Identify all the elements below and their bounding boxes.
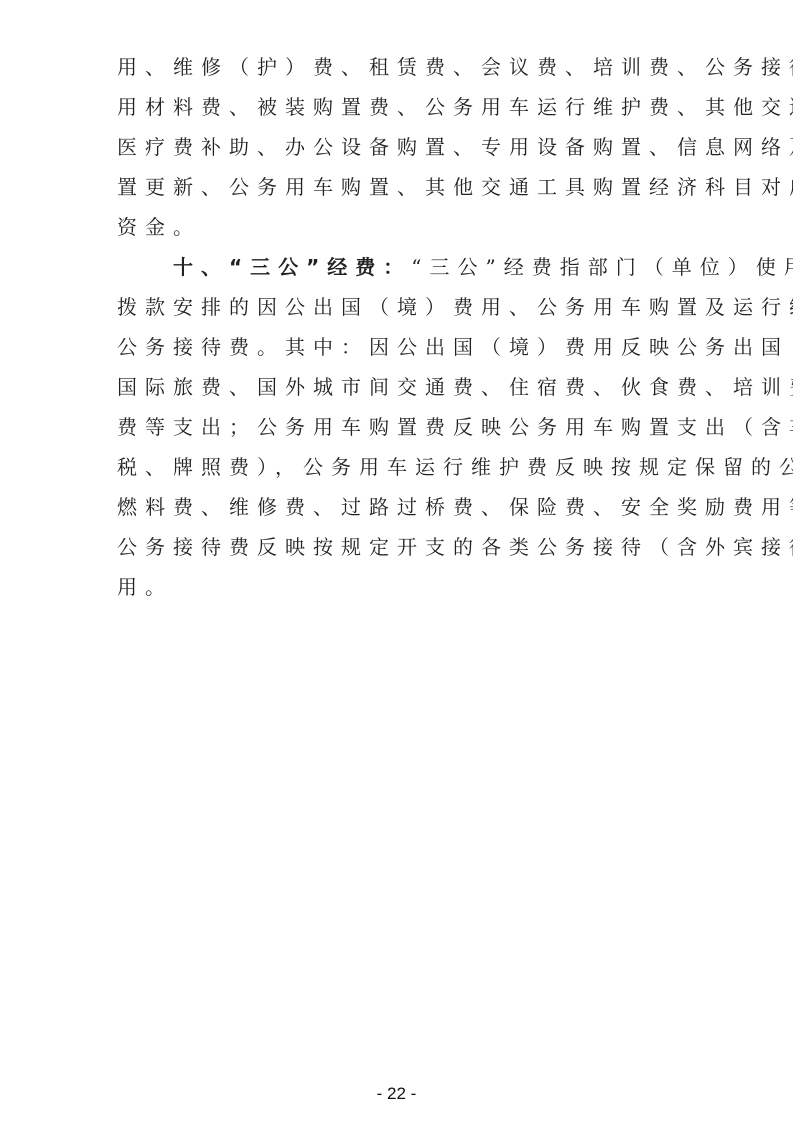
text-line: 燃料费、维修费、过路过桥费、保险费、安全奖励费用等支出； bbox=[117, 487, 679, 527]
text-line: 用材料费、被装购置费、公务用车运行维护费、其他交通费用、 bbox=[117, 87, 679, 127]
section-ten-paragraph: 十、“三公”经费：“三公”经费指部门（单位）使用财政 拨款安排的因公出国（境）费… bbox=[117, 247, 679, 607]
continuation-paragraph: 用、维修（护）费、租赁费、会议费、培训费、公务接待费、专 用材料费、被装购置费、… bbox=[117, 47, 679, 247]
text-line: 用、维修（护）费、租赁费、会议费、培训费、公务接待费、专 bbox=[117, 47, 679, 87]
section-heading: 十、“三公”经费： bbox=[173, 255, 411, 279]
text-line: 公务接待费。其中：因公出国（境）费用反映公务出国（境）的 bbox=[117, 327, 679, 367]
section-first-line: 十、“三公”经费：“三公”经费指部门（单位）使用财政 bbox=[117, 247, 679, 287]
page-number: - 22 - bbox=[0, 1084, 793, 1104]
text-line: 费等支出；公务用车购置费反映公务用车购置支出（含车辆购置 bbox=[117, 407, 679, 447]
text-line: 税、牌照费），公务用车运行维护费反映按规定保留的公务用车 bbox=[117, 447, 679, 487]
document-body: 用、维修（护）费、租赁费、会议费、培训费、公务接待费、专 用材料费、被装购置费、… bbox=[117, 47, 679, 607]
text-line: 医疗费补助、办公设备购置、专用设备购置、信息网络及软件购 bbox=[117, 127, 679, 167]
text-line: 国际旅费、国外城市间交通费、住宿费、伙食费、培训费、公杂 bbox=[117, 367, 679, 407]
text-line: 资金。 bbox=[117, 207, 679, 247]
text-line: 公务接待费反映按规定开支的各类公务接待（含外宾接待）费 bbox=[117, 527, 679, 567]
document-page: 用、维修（护）费、租赁费、会议费、培训费、公务接待费、专 用材料费、被装购置费、… bbox=[0, 0, 793, 1122]
text-line: 拨款安排的因公出国（境）费用、公务用车购置及运行维护费和 bbox=[117, 287, 679, 327]
text-line: 置更新、公务用车购置、其他交通工具购置经济科目对应的预算 bbox=[117, 167, 679, 207]
text-line: 用。 bbox=[117, 567, 679, 607]
section-first-line-text: “三公”经费指部门（单位）使用财政 bbox=[411, 255, 793, 279]
